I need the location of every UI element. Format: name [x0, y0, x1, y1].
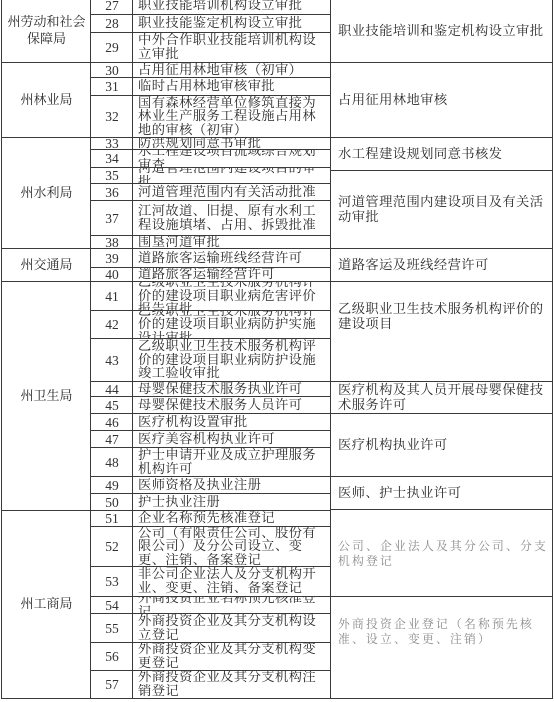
item-number-cell-text: 52 — [105, 539, 119, 555]
item-number-cell-text: 55 — [105, 621, 119, 637]
item-name-cell-text: 国有森林经营单位修筑直接为林业生产服务工程设施占用林地的审核（初审） — [138, 97, 328, 138]
department-cell: 州卫生局 — [1, 281, 92, 512]
item-number-cell: 52 — [90, 526, 134, 568]
item-name-cell: 中外合作职业技能培训机构设立审批 — [132, 32, 332, 64]
item-name-cell-text: 职业技能培训机构设立审批 — [138, 0, 302, 13]
item-number-cell-text: 29 — [105, 40, 119, 56]
item-name-cell-text: 职业技能鉴定机构设立审批 — [138, 17, 302, 31]
department-cell-text: 州林业局 — [20, 92, 72, 109]
merged-category-cell: 河道管理范围内建设项目及有关活动审批 — [330, 170, 553, 250]
department-cell-text: 州交通局 — [20, 257, 72, 274]
item-number-cell: 53 — [90, 566, 134, 598]
item-number-cell-text: 48 — [105, 455, 119, 471]
item-number-cell-text: 31 — [105, 79, 119, 95]
item-number-cell: 32 — [90, 95, 134, 139]
item-name-cell-text: 道路旅客运输经营许可 — [138, 268, 275, 282]
merged-category-cell: 公司、企业法人及其分公司、分支机构登记 — [330, 509, 553, 598]
item-number-cell: 43 — [90, 338, 134, 383]
item-number-cell-text: 51 — [105, 511, 119, 527]
item-number-cell-text: 36 — [105, 185, 119, 201]
item-name-cell: 外商投资企业及其分支机构设立登记 — [132, 613, 332, 644]
item-name-cell-text: 河道管理范围内有关活动批准 — [138, 186, 316, 200]
merged-category-cell: 医疗机构及其人员开展母婴保健技术服务许可 — [330, 381, 553, 415]
item-number-cell-text: 47 — [105, 432, 119, 448]
item-name-cell-text: 外商投资企业及其分支机构注销登记 — [138, 671, 328, 698]
item-number-cell: 42 — [90, 310, 134, 340]
item-name-cell-text: 乙级职业卫生技术服务机构评价的建设项目职业病危害评价报告审批 — [138, 281, 328, 312]
merged-category-cell: 医疗机构执业许可 — [330, 413, 553, 478]
item-name-cell-text: 乙级职业卫生技术服务机构评价的建设项目职业病防护实施设计审批 — [138, 310, 328, 340]
item-number-cell-text: 37 — [105, 211, 119, 227]
item-number-cell: 57 — [90, 670, 134, 699]
item-name-cell-text: 护士申请开业及成立护理服务机构许可 — [138, 449, 328, 476]
merged-category-cell-text: 占用征用林地审核 — [338, 93, 448, 108]
department-cell: 州工商局 — [1, 510, 92, 699]
merged-category-cell-text: 道路客运及班线经营许可 — [338, 258, 489, 273]
item-name-cell: 非公司企业法人及分支机构开业、变更、注销、备案登记 — [132, 566, 332, 598]
item-name-cell-text: 水工程建设项目流域综合规划审查 — [138, 149, 328, 169]
item-number-cell-text: 42 — [105, 317, 119, 333]
item-name-cell-text: 公司（有限责任公司、股份有限公司）及分公司设立、变更、注销、备案登记 — [138, 527, 328, 568]
approval-items-table: 州劳动和社会保障局州林业局州水利局州交通局州卫生局州工商局27职业技能培训机构设… — [1, 0, 552, 698]
item-name-cell-text: 外商投资企业及其分支机构设立登记 — [138, 615, 328, 642]
item-number-cell-text: 50 — [105, 495, 119, 511]
item-number-cell: 37 — [90, 200, 134, 237]
merged-category-cell-text: 外商投资企业登记（名称预先核准、设立、变更、注销） — [338, 617, 548, 647]
department-cell: 州水利局 — [1, 137, 92, 250]
item-number-cell-text: 34 — [105, 151, 119, 167]
item-name-cell-text: 外商投资企业及其分支机构变更登记 — [138, 643, 328, 670]
item-number-cell-text: 32 — [105, 109, 119, 125]
merged-category-cell-text: 医疗机构执业许可 — [338, 438, 448, 453]
item-name-cell-text: 母婴保健技术服务执业许可 — [138, 383, 302, 397]
item-name-cell-text: 临时占用林地审核审批 — [138, 80, 275, 94]
item-name-cell-text: 占用征用林地审核（初审） — [138, 64, 302, 78]
item-number-cell-text: 41 — [105, 289, 119, 305]
department-cell: 州林业局 — [1, 62, 92, 139]
item-name-cell: 江河故道、旧提、原有水利工程设施填堵、占用、拆毁批准 — [132, 200, 332, 237]
item-name-cell: 职业技能鉴定机构设立审批 — [132, 14, 332, 34]
department-cell: 州劳动和社会保障局 — [1, 0, 92, 64]
item-name-cell-text: 中外合作职业技能培训机构设立审批 — [138, 34, 328, 61]
item-number-cell: 55 — [90, 613, 134, 644]
item-number-cell-text: 57 — [105, 677, 119, 693]
merged-category-cell-text: 水工程建设规划同意书核发 — [338, 147, 502, 162]
merged-category-cell: 道路客运及班线经营许可 — [330, 248, 553, 283]
item-number-cell: 29 — [90, 32, 134, 64]
item-number-cell-text: 45 — [105, 398, 119, 414]
item-number-cell-text: 28 — [105, 16, 119, 32]
item-number-cell: 34 — [90, 149, 134, 169]
department-cell-text: 州水利局 — [20, 185, 72, 202]
item-number-cell: 41 — [90, 281, 134, 312]
department-cell-text: 州卫生局 — [20, 388, 72, 405]
item-name-cell: 外商投资企业及其分支机构变更登记 — [132, 642, 332, 672]
item-number-cell-text: 39 — [105, 251, 119, 267]
item-name-cell: 乙级职业卫生技术服务机构评价的建设项目职业病防护实施设计审批 — [132, 310, 332, 340]
item-number-cell: 39 — [90, 248, 134, 269]
merged-category-cell: 占用征用林地审核 — [330, 62, 553, 139]
merged-category-cell-text: 乙级职业卫生技术服务机构评价的建设项目 — [338, 302, 548, 332]
item-name-cell-text: 道路旅客运输班线经营许可 — [138, 252, 302, 266]
item-name-cell-text: 医疗机构设置审批 — [138, 416, 248, 430]
item-name-cell: 乙级职业卫生技术服务机构评价的建设项目职业病危害评价报告审批 — [132, 281, 332, 312]
item-name-cell-text: 医疗美容机构执业许可 — [138, 433, 275, 447]
item-number-cell: 28 — [90, 14, 134, 34]
item-number-cell-text: 46 — [105, 415, 119, 431]
item-name-cell: 外商投资企业及其分支机构注销登记 — [132, 670, 332, 699]
item-name-cell: 护士申请开业及成立护理服务机构许可 — [132, 447, 332, 478]
item-name-cell: 道路旅客运输班线经营许可 — [132, 248, 332, 269]
item-name-cell: 临时占用林地审核审批 — [132, 77, 332, 97]
merged-category-cell: 医师、护士执业许可 — [330, 476, 553, 511]
item-name-cell-text: 企业名称预先核准登记 — [138, 512, 275, 526]
item-number-cell-text: 43 — [105, 353, 119, 369]
department-cell: 州交通局 — [1, 248, 92, 283]
merged-category-cell-text: 公司、企业法人及其分公司、分支机构登记 — [338, 539, 548, 569]
merged-category-cell-text: 医师、护士执业许可 — [338, 486, 461, 501]
item-name-cell: 乙级职业卫生技术服务机构评价的建设项目职业病防护设施竣工验收审批 — [132, 338, 332, 383]
item-number-cell: 56 — [90, 642, 134, 672]
item-number-cell-text: 54 — [105, 598, 119, 614]
item-name-cell: 水工程建设项目流域综合规划审查 — [132, 149, 332, 169]
item-name-cell-text: 医师资格及执业注册 — [138, 479, 261, 493]
item-name-cell-text: 非公司企业法人及分支机构开业、变更、注销、备案登记 — [138, 568, 328, 595]
item-name-cell-text: 护士执业注册 — [138, 496, 220, 510]
item-number-cell: 48 — [90, 447, 134, 478]
item-number-cell: 31 — [90, 77, 134, 97]
item-name-cell-text: 江河故道、旧提、原有水利工程设施填堵、占用、拆毁批准 — [138, 205, 328, 232]
merged-category-cell-text: 河道管理范围内建设项目及有关活动审批 — [338, 195, 548, 225]
merged-category-cell: 职业技能培训和鉴定机构设立审批 — [330, 0, 553, 64]
department-cell-text: 州劳动和社会保障局 — [7, 14, 87, 48]
item-number-cell-text: 56 — [105, 649, 119, 665]
item-number-cell-text: 35 — [105, 168, 119, 184]
item-name-cell-text: 乙级职业卫生技术服务机构评价的建设项目职业病防护设施竣工验收审批 — [138, 340, 328, 381]
item-name-cell-text: 母婴保健技术服务人员许可 — [138, 399, 302, 413]
merged-category-cell: 水工程建设规划同意书核发 — [330, 137, 553, 172]
merged-category-cell: 外商投资企业登记（名称预先核准、设立、变更、注销） — [330, 596, 553, 699]
item-number-cell-text: 49 — [105, 478, 119, 494]
merged-category-cell-text: 医疗机构及其人员开展母婴保健技术服务许可 — [338, 383, 548, 413]
item-number-cell-text: 53 — [105, 574, 119, 590]
item-number-cell-text: 27 — [105, 0, 119, 14]
item-name-cell: 公司（有限责任公司、股份有限公司）及分公司设立、变更、注销、备案登记 — [132, 526, 332, 568]
department-cell-text: 州工商局 — [20, 596, 72, 613]
merged-category-cell: 乙级职业卫生技术服务机构评价的建设项目 — [330, 281, 553, 383]
merged-category-cell-text: 职业技能培训和鉴定机构设立审批 — [338, 24, 543, 39]
item-name-cell: 国有森林经营单位修筑直接为林业生产服务工程设施占用林地的审核（初审） — [132, 95, 332, 139]
